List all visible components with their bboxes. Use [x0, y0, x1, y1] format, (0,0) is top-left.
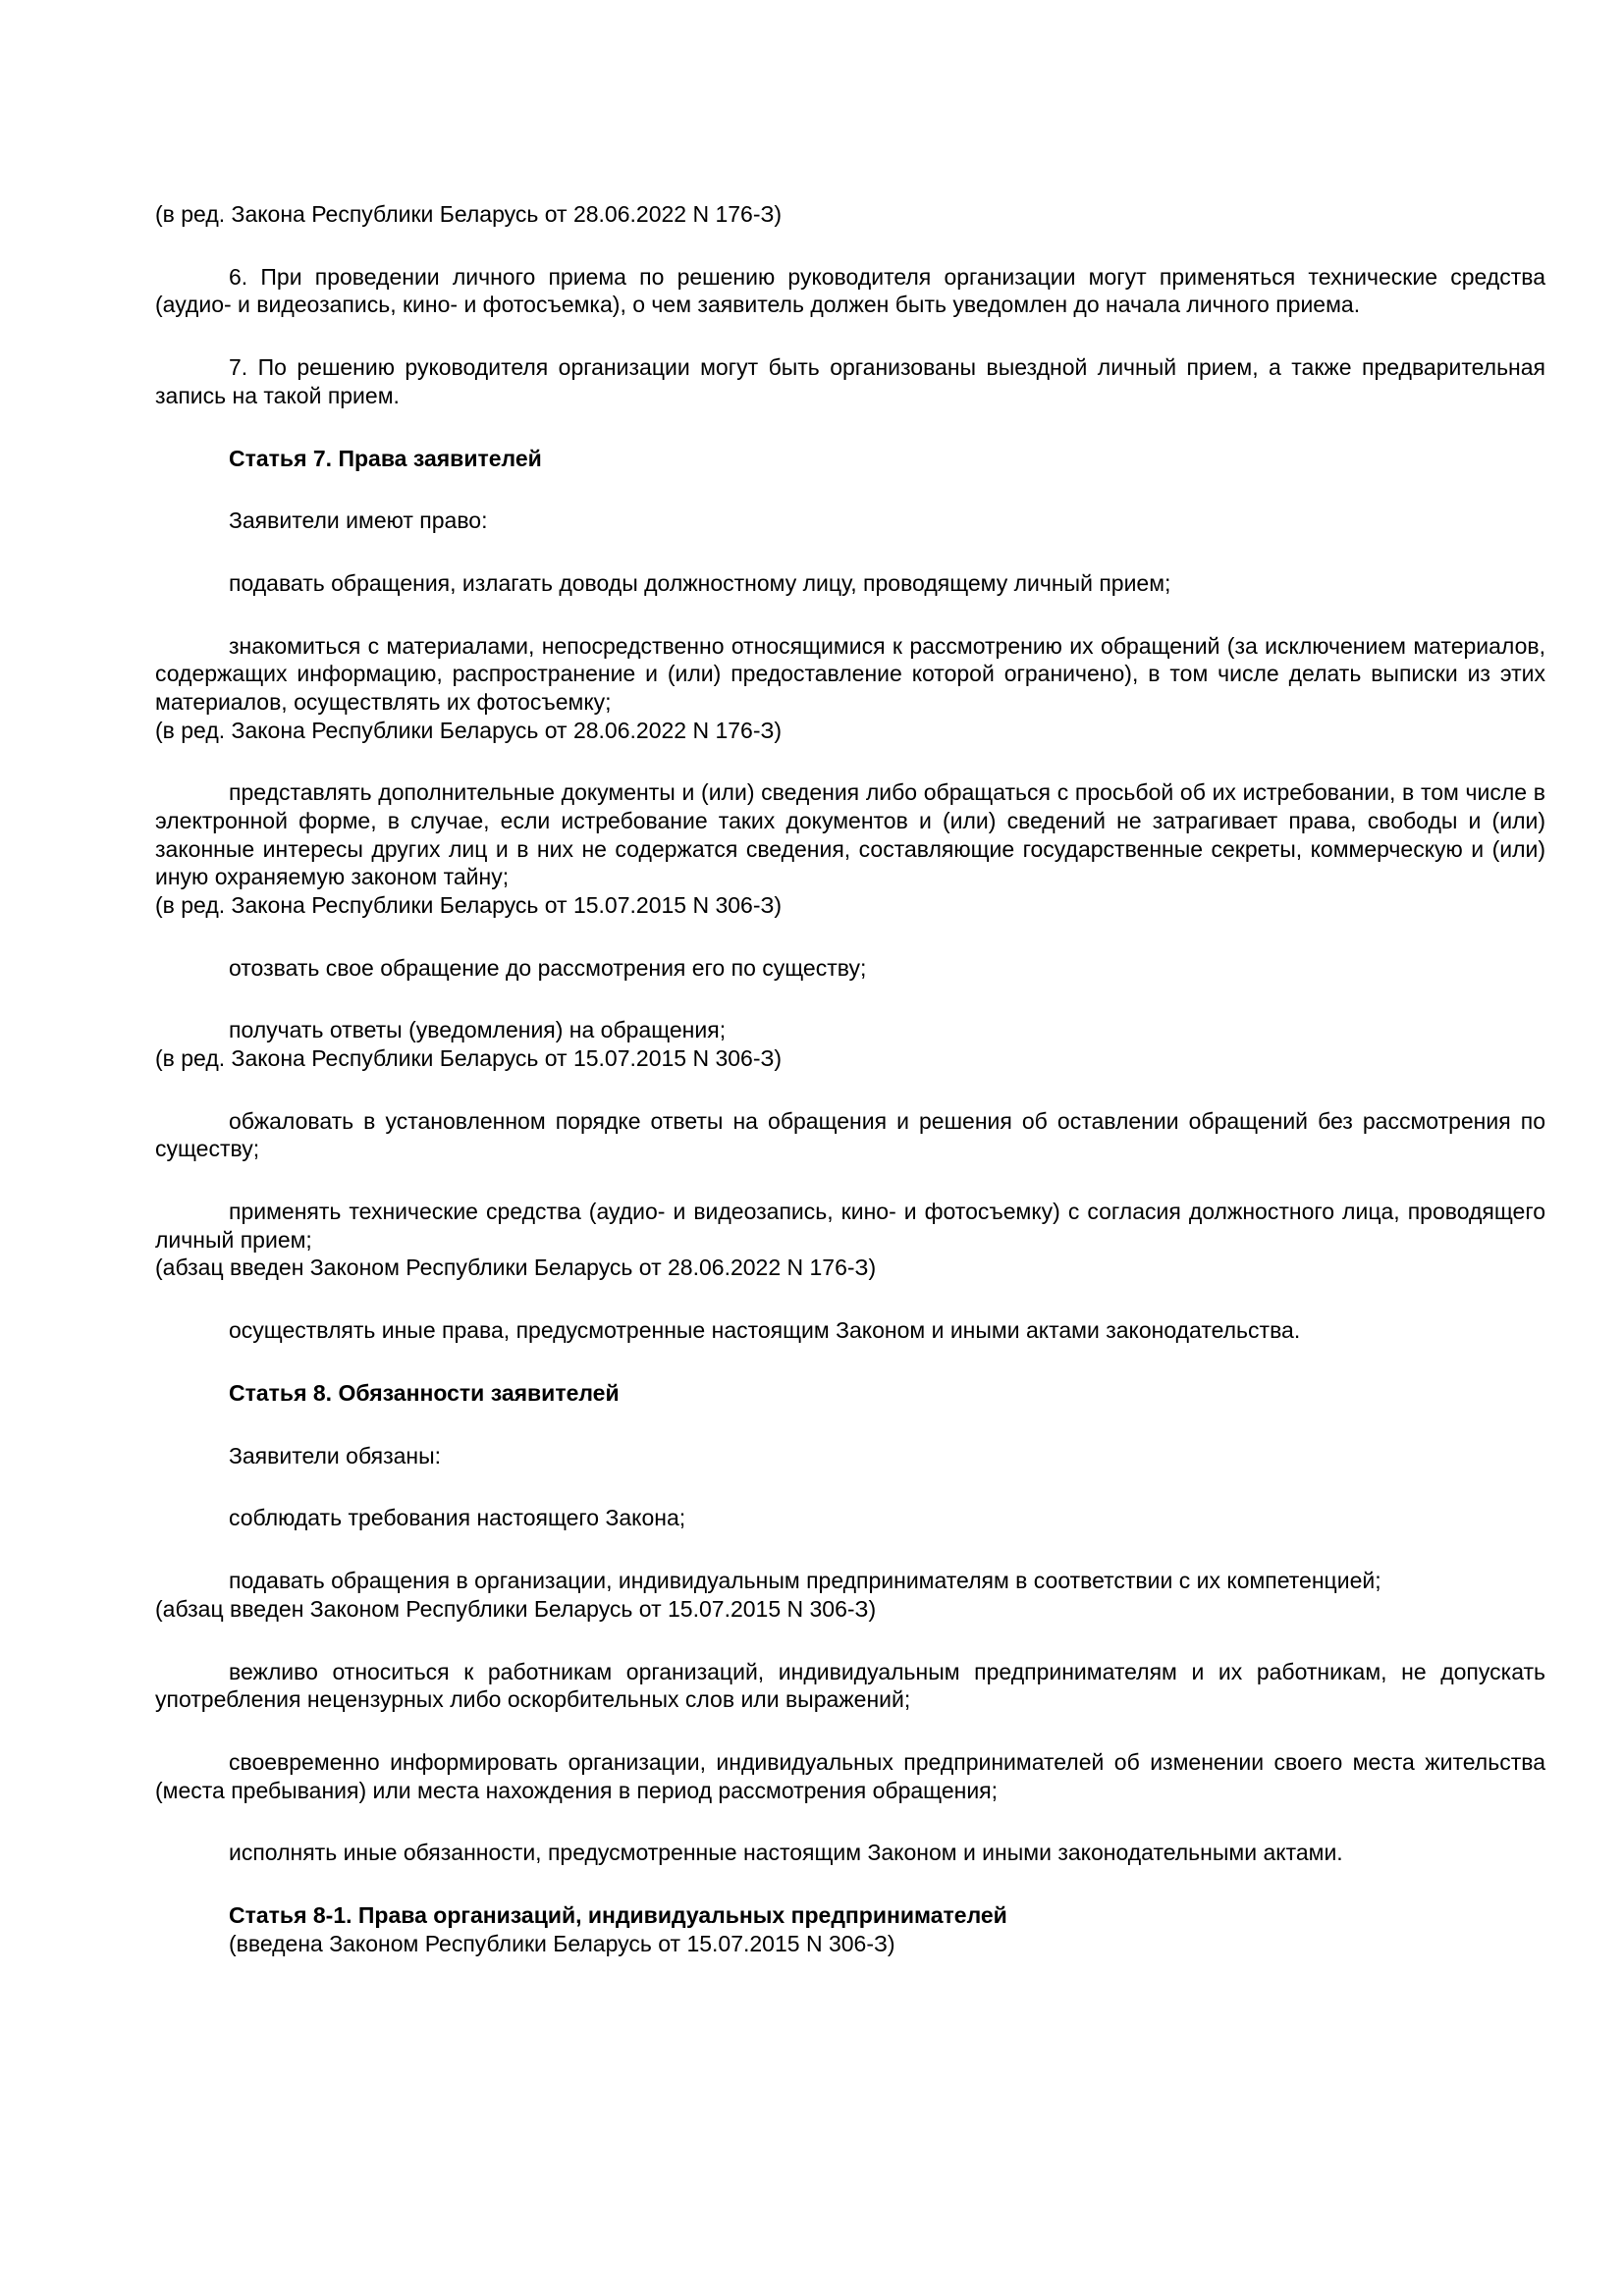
heading-text: Статья 8. Обязанности заявителей — [155, 1379, 1545, 1408]
paragraph-text: Заявители имеют право: — [155, 507, 1545, 535]
amendment-note: (введена Законом Республики Беларусь от … — [155, 1930, 1545, 1958]
paragraph-clause-6: 6. При проведении личного приема по реше… — [155, 263, 1545, 319]
paragraph-right-submit: подавать обращения, излагать доводы долж… — [155, 569, 1545, 598]
paragraph-right-appeal: обжаловать в установленном порядке ответ… — [155, 1107, 1545, 1163]
paragraph-text: получать ответы (уведомления) на обращен… — [155, 1016, 1545, 1044]
paragraph-text: представлять дополнительные документы и … — [155, 778, 1545, 890]
paragraph-text: осуществлять иные права, предусмотренные… — [155, 1316, 1545, 1345]
paragraph-text: применять технические средства (аудио- и… — [155, 1198, 1545, 1254]
paragraph-text: знакомиться с материалами, непосредствен… — [155, 632, 1545, 717]
paragraph-duty-other: исполнять иные обязанности, предусмотрен… — [155, 1839, 1545, 1867]
paragraph-right-withdraw: отозвать свое обращение до рассмотрения … — [155, 954, 1545, 983]
document-body: (в ред. Закона Республики Беларусь от 28… — [155, 200, 1545, 1957]
paragraph-text: 6. При проведении личного приема по реше… — [155, 263, 1545, 319]
article-8-heading: Статья 8. Обязанности заявителей — [155, 1379, 1545, 1408]
paragraph-right-other: осуществлять иные права, предусмотренные… — [155, 1316, 1545, 1345]
paragraph-duty-comply: соблюдать требования настоящего Закона; — [155, 1504, 1545, 1532]
paragraph-duty-competence: подавать обращения в организации, индиви… — [155, 1567, 1545, 1623]
amendment-note: (в ред. Закона Республики Беларусь от 28… — [155, 200, 1545, 229]
amendment-note: (в ред. Закона Республики Беларусь от 15… — [155, 891, 1545, 920]
document-page: (в ред. Закона Республики Беларусь от 28… — [0, 0, 1624, 2296]
paragraph-text: соблюдать требования настоящего Закона; — [155, 1504, 1545, 1532]
paragraph-text: подавать обращения, излагать доводы долж… — [155, 569, 1545, 598]
heading-text: Статья 7. Права заявителей — [155, 445, 1545, 473]
paragraph-text: подавать обращения в организации, индиви… — [155, 1567, 1545, 1595]
note-text: (в ред. Закона Республики Беларусь от 28… — [155, 200, 1545, 229]
paragraph-text: 7. По решению руководителя организации м… — [155, 353, 1545, 409]
paragraph-text: вежливо относиться к работникам организа… — [155, 1658, 1545, 1714]
amendment-note: (абзац введен Законом Республики Беларус… — [155, 1595, 1545, 1624]
paragraph-right-recording: применять технические средства (аудио- и… — [155, 1198, 1545, 1282]
paragraph-text: исполнять иные обязанности, предусмотрен… — [155, 1839, 1545, 1867]
paragraph-duty-polite: вежливо относиться к работникам организа… — [155, 1658, 1545, 1714]
amendment-note: (в ред. Закона Республики Беларусь от 28… — [155, 717, 1545, 745]
amendment-note: (в ред. Закона Республики Беларусь от 15… — [155, 1044, 1545, 1073]
paragraph-duties-intro: Заявители обязаны: — [155, 1442, 1545, 1470]
paragraph-text: своевременно информировать организации, … — [155, 1748, 1545, 1804]
article-8-1-heading: Статья 8-1. Права организаций, индивидуа… — [155, 1901, 1545, 1957]
heading-text: Статья 8-1. Права организаций, индивидуа… — [155, 1901, 1545, 1930]
paragraph-text: Заявители обязаны: — [155, 1442, 1545, 1470]
paragraph-text: обжаловать в установленном порядке ответ… — [155, 1107, 1545, 1163]
article-7-heading: Статья 7. Права заявителей — [155, 445, 1545, 473]
paragraph-right-materials: знакомиться с материалами, непосредствен… — [155, 632, 1545, 744]
paragraph-right-answers: получать ответы (уведомления) на обращен… — [155, 1016, 1545, 1072]
amendment-note: (абзац введен Законом Республики Беларус… — [155, 1254, 1545, 1282]
paragraph-right-documents: представлять дополнительные документы и … — [155, 778, 1545, 919]
paragraph-clause-7: 7. По решению руководителя организации м… — [155, 353, 1545, 409]
paragraph-text: отозвать свое обращение до рассмотрения … — [155, 954, 1545, 983]
paragraph-duty-inform: своевременно информировать организации, … — [155, 1748, 1545, 1804]
paragraph-rights-intro: Заявители имеют право: — [155, 507, 1545, 535]
